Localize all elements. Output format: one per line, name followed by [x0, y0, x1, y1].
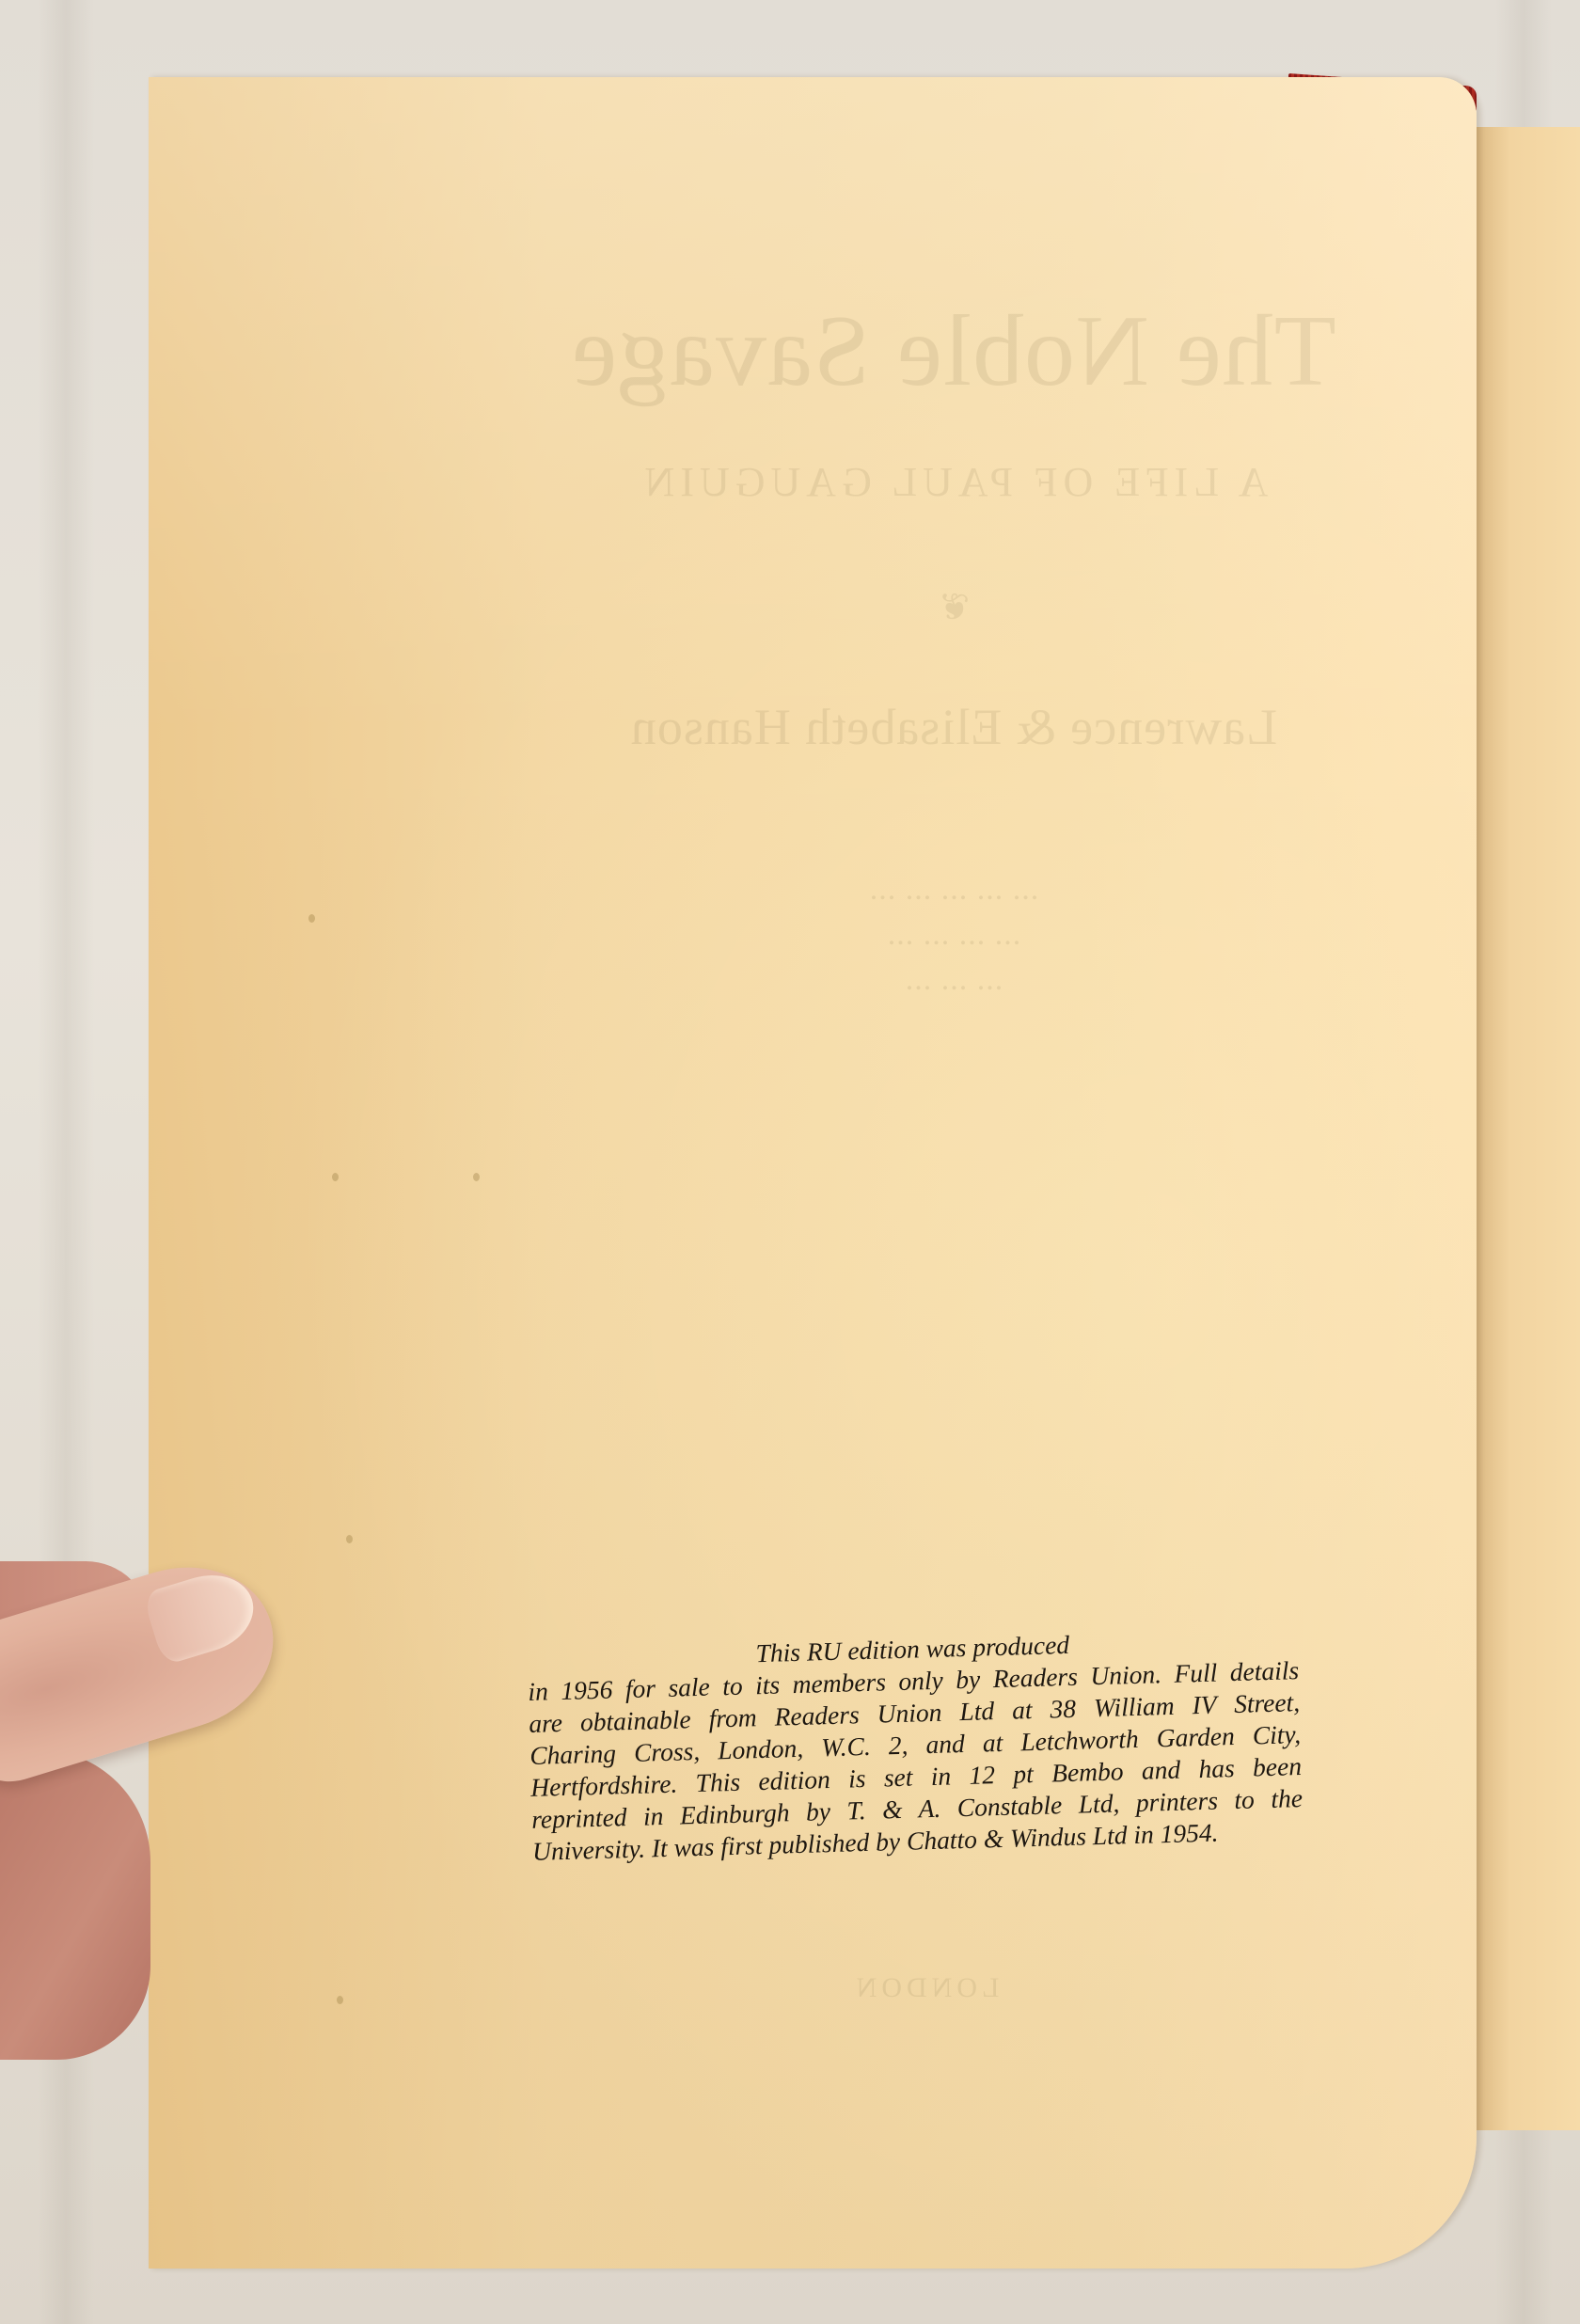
fingers: [0, 1749, 150, 2060]
show-through-quote-line: ... ... ... ...: [290, 912, 1580, 957]
show-through-subtitle: A LIFE OF PAUL GAUGUIN: [290, 458, 1580, 506]
book-page: The Noble Savage A LIFE OF PAUL GAUGUIN …: [149, 77, 1477, 2269]
show-through-authors: Lawrence & Elisabeth Hanson: [290, 698, 1580, 756]
show-through-place: LONDON: [261, 1972, 1580, 2004]
paper-speck: [332, 1173, 339, 1181]
paper-speck: [473, 1173, 480, 1181]
paper-speck: [308, 914, 315, 923]
show-through-ornament: ❦: [290, 585, 1580, 629]
edition-colophon: This RU edition was produced in 1956 for…: [527, 1622, 1303, 1868]
paper-speck: [346, 1535, 353, 1543]
paper-speck: [337, 1996, 343, 2004]
show-through-quote-line: ... ... ... ... ...: [290, 867, 1580, 912]
next-page-edge: [1472, 127, 1580, 2130]
show-through-quote: ... ... ... ... ... ... ... ... ... ... …: [290, 867, 1580, 1003]
show-through-title: The Noble Savage: [290, 293, 1580, 410]
show-through-quote-line: ... ... ...: [290, 957, 1580, 1003]
